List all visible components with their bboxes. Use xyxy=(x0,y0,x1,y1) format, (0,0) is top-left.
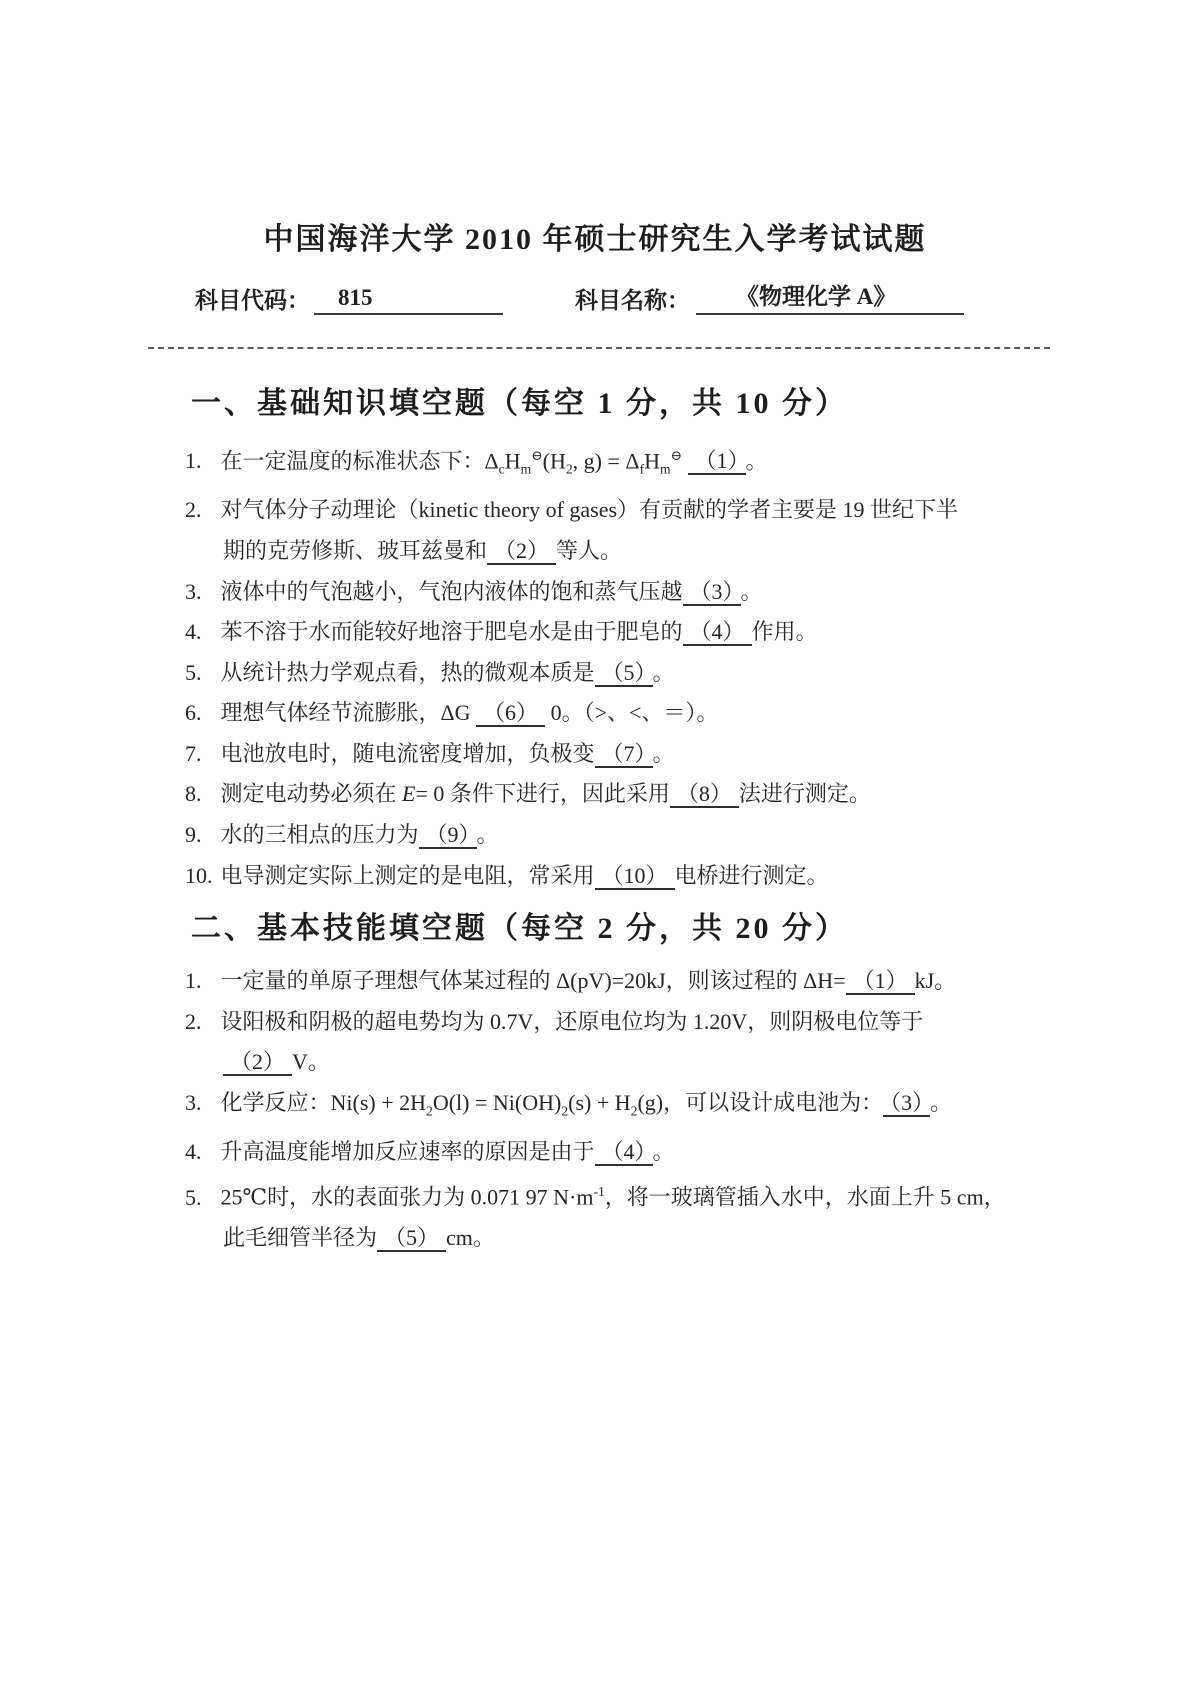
question-line: 5. 从统计热力学观点看，热的微观本质是（5）。 xyxy=(185,653,1170,694)
question-number: 2. xyxy=(185,1002,215,1043)
question-line: 4. 苯不溶于水而能较好地溶于肥皂水是由于肥皂的（4）作用。 xyxy=(185,612,1170,653)
question-number: 10. xyxy=(185,856,215,897)
question-number: 1. xyxy=(185,961,215,1002)
answer-blank: （5） xyxy=(595,660,653,687)
answer-blank: （10） xyxy=(595,863,675,890)
question-list: 1. 一定量的单原子理想气体某过程的 Δ(pV)=20kJ，则该过程的 ΔH=（… xyxy=(185,961,1170,1259)
question-line: 4. 升高温度能增加反应速率的原因是由于（4）。 xyxy=(185,1132,1170,1173)
subject-name-label: 科目名称： xyxy=(575,282,690,315)
section-heading: 二、基本技能填空题（每空 2 分，共 20 分） xyxy=(191,903,1170,947)
subject-name-value: 《物理化学 A》 xyxy=(696,278,964,315)
question-line: 1. 在一定温度的标准状态下：ΔcHm⊖(H2, g) = ΔfHm⊖ （1）。 xyxy=(185,436,1170,490)
answer-blank: （1） xyxy=(688,448,746,475)
answer-blank: （1） xyxy=(846,968,915,995)
question-number: 5. xyxy=(185,1178,215,1219)
question-number: 4. xyxy=(185,612,215,653)
question-number: 2. xyxy=(185,490,215,531)
question-line: 6. 理想气体经节流膨胀，ΔG （6） 0。（>、<、＝）。 xyxy=(185,693,1170,734)
question-line: 3. 化学反应：Ni(s) + 2H2O(l) = Ni(OH)2(s) + H… xyxy=(185,1083,1170,1132)
question-line: 8. 测定电动势必须在 E= 0 条件下进行，因此采用（8）法进行测定。 xyxy=(185,774,1170,815)
section-basic-skills: 二、基本技能填空题（每空 2 分，共 20 分） 1. 一定量的单原子理想气体某… xyxy=(185,903,1170,1259)
answer-blank: （5） xyxy=(377,1225,446,1252)
answer-blank: （4） xyxy=(595,1139,653,1166)
question-number: 3. xyxy=(185,572,215,613)
question-continuation-line: 此毛细管半径为（5）cm。 xyxy=(185,1218,1170,1259)
question-line: 1. 一定量的单原子理想气体某过程的 Δ(pV)=20kJ，则该过程的 ΔH=（… xyxy=(185,961,1170,1002)
answer-blank: （6） xyxy=(476,700,545,727)
answer-blank: （9） xyxy=(419,822,477,849)
question-list: 1. 在一定温度的标准状态下：ΔcHm⊖(H2, g) = ΔfHm⊖ （1）。… xyxy=(185,436,1170,896)
section-heading: 一、基础知识填空题（每空 1 分，共 10 分） xyxy=(191,378,1170,422)
answer-blank: （2） xyxy=(487,538,556,565)
subject-meta-row: 科目代码： 815 科目名称： 《物理化学 A》 xyxy=(195,278,1125,315)
question-line: 9. 水的三相点的压力为（9）。 xyxy=(185,815,1170,856)
answer-blank: （2） xyxy=(223,1049,292,1076)
question-line: 2. 对气体分子动理论（kinetic theory of gases）有贡献的… xyxy=(185,490,1170,531)
question-number: 9. xyxy=(185,815,215,856)
question-number: 6. xyxy=(185,693,215,734)
answer-blank: （3） xyxy=(683,579,741,606)
section-basic-knowledge: 一、基础知识填空题（每空 1 分，共 10 分） 1. 在一定温度的标准状态下：… xyxy=(185,378,1170,896)
question-continuation-line: 期的克劳修斯、玻耳兹曼和（2）等人。 xyxy=(185,531,1170,572)
question-line: 7. 电池放电时，随电流密度增加，负极变（7）。 xyxy=(185,734,1170,775)
question-number: 3. xyxy=(185,1083,215,1124)
question-line: 5. 25℃时，水的表面张力为 0.071 97 N·m-1，将一玻璃管插入水中… xyxy=(185,1172,1170,1218)
answer-blank: （4） xyxy=(683,619,752,646)
answer-blank: （8） xyxy=(670,781,739,808)
question-line: 2. 设阳极和阴极的超电势均为 0.7V，还原电位均为 1.20V，则阴极电位等… xyxy=(185,1002,1170,1043)
question-line: 10. 电导测定实际上测定的是电阻，常采用（10）电桥进行测定。 xyxy=(185,856,1170,897)
dashed-separator xyxy=(148,347,1050,349)
subject-code-value: 815 xyxy=(314,285,503,315)
answer-blank: （7） xyxy=(595,741,653,768)
answer-blank: （3） xyxy=(883,1090,930,1117)
question-number: 4. xyxy=(185,1132,215,1173)
subject-code-label: 科目代码： xyxy=(195,282,310,315)
question-number: 8. xyxy=(185,774,215,815)
question-number: 1. xyxy=(185,441,215,482)
question-line: 3. 液体中的气泡越小，气泡内液体的饱和蒸气压越（3）。 xyxy=(185,572,1170,613)
exam-paper-page: 中国海洋大学 2010 年硕士研究生入学考试试题 科目代码： 815 科目名称：… xyxy=(0,0,1190,1683)
question-number: 7. xyxy=(185,734,215,775)
question-continuation-line: （2）V。 xyxy=(185,1042,1170,1083)
exam-title: 中国海洋大学 2010 年硕士研究生入学考试试题 xyxy=(25,214,1165,258)
question-number: 5. xyxy=(185,653,215,694)
